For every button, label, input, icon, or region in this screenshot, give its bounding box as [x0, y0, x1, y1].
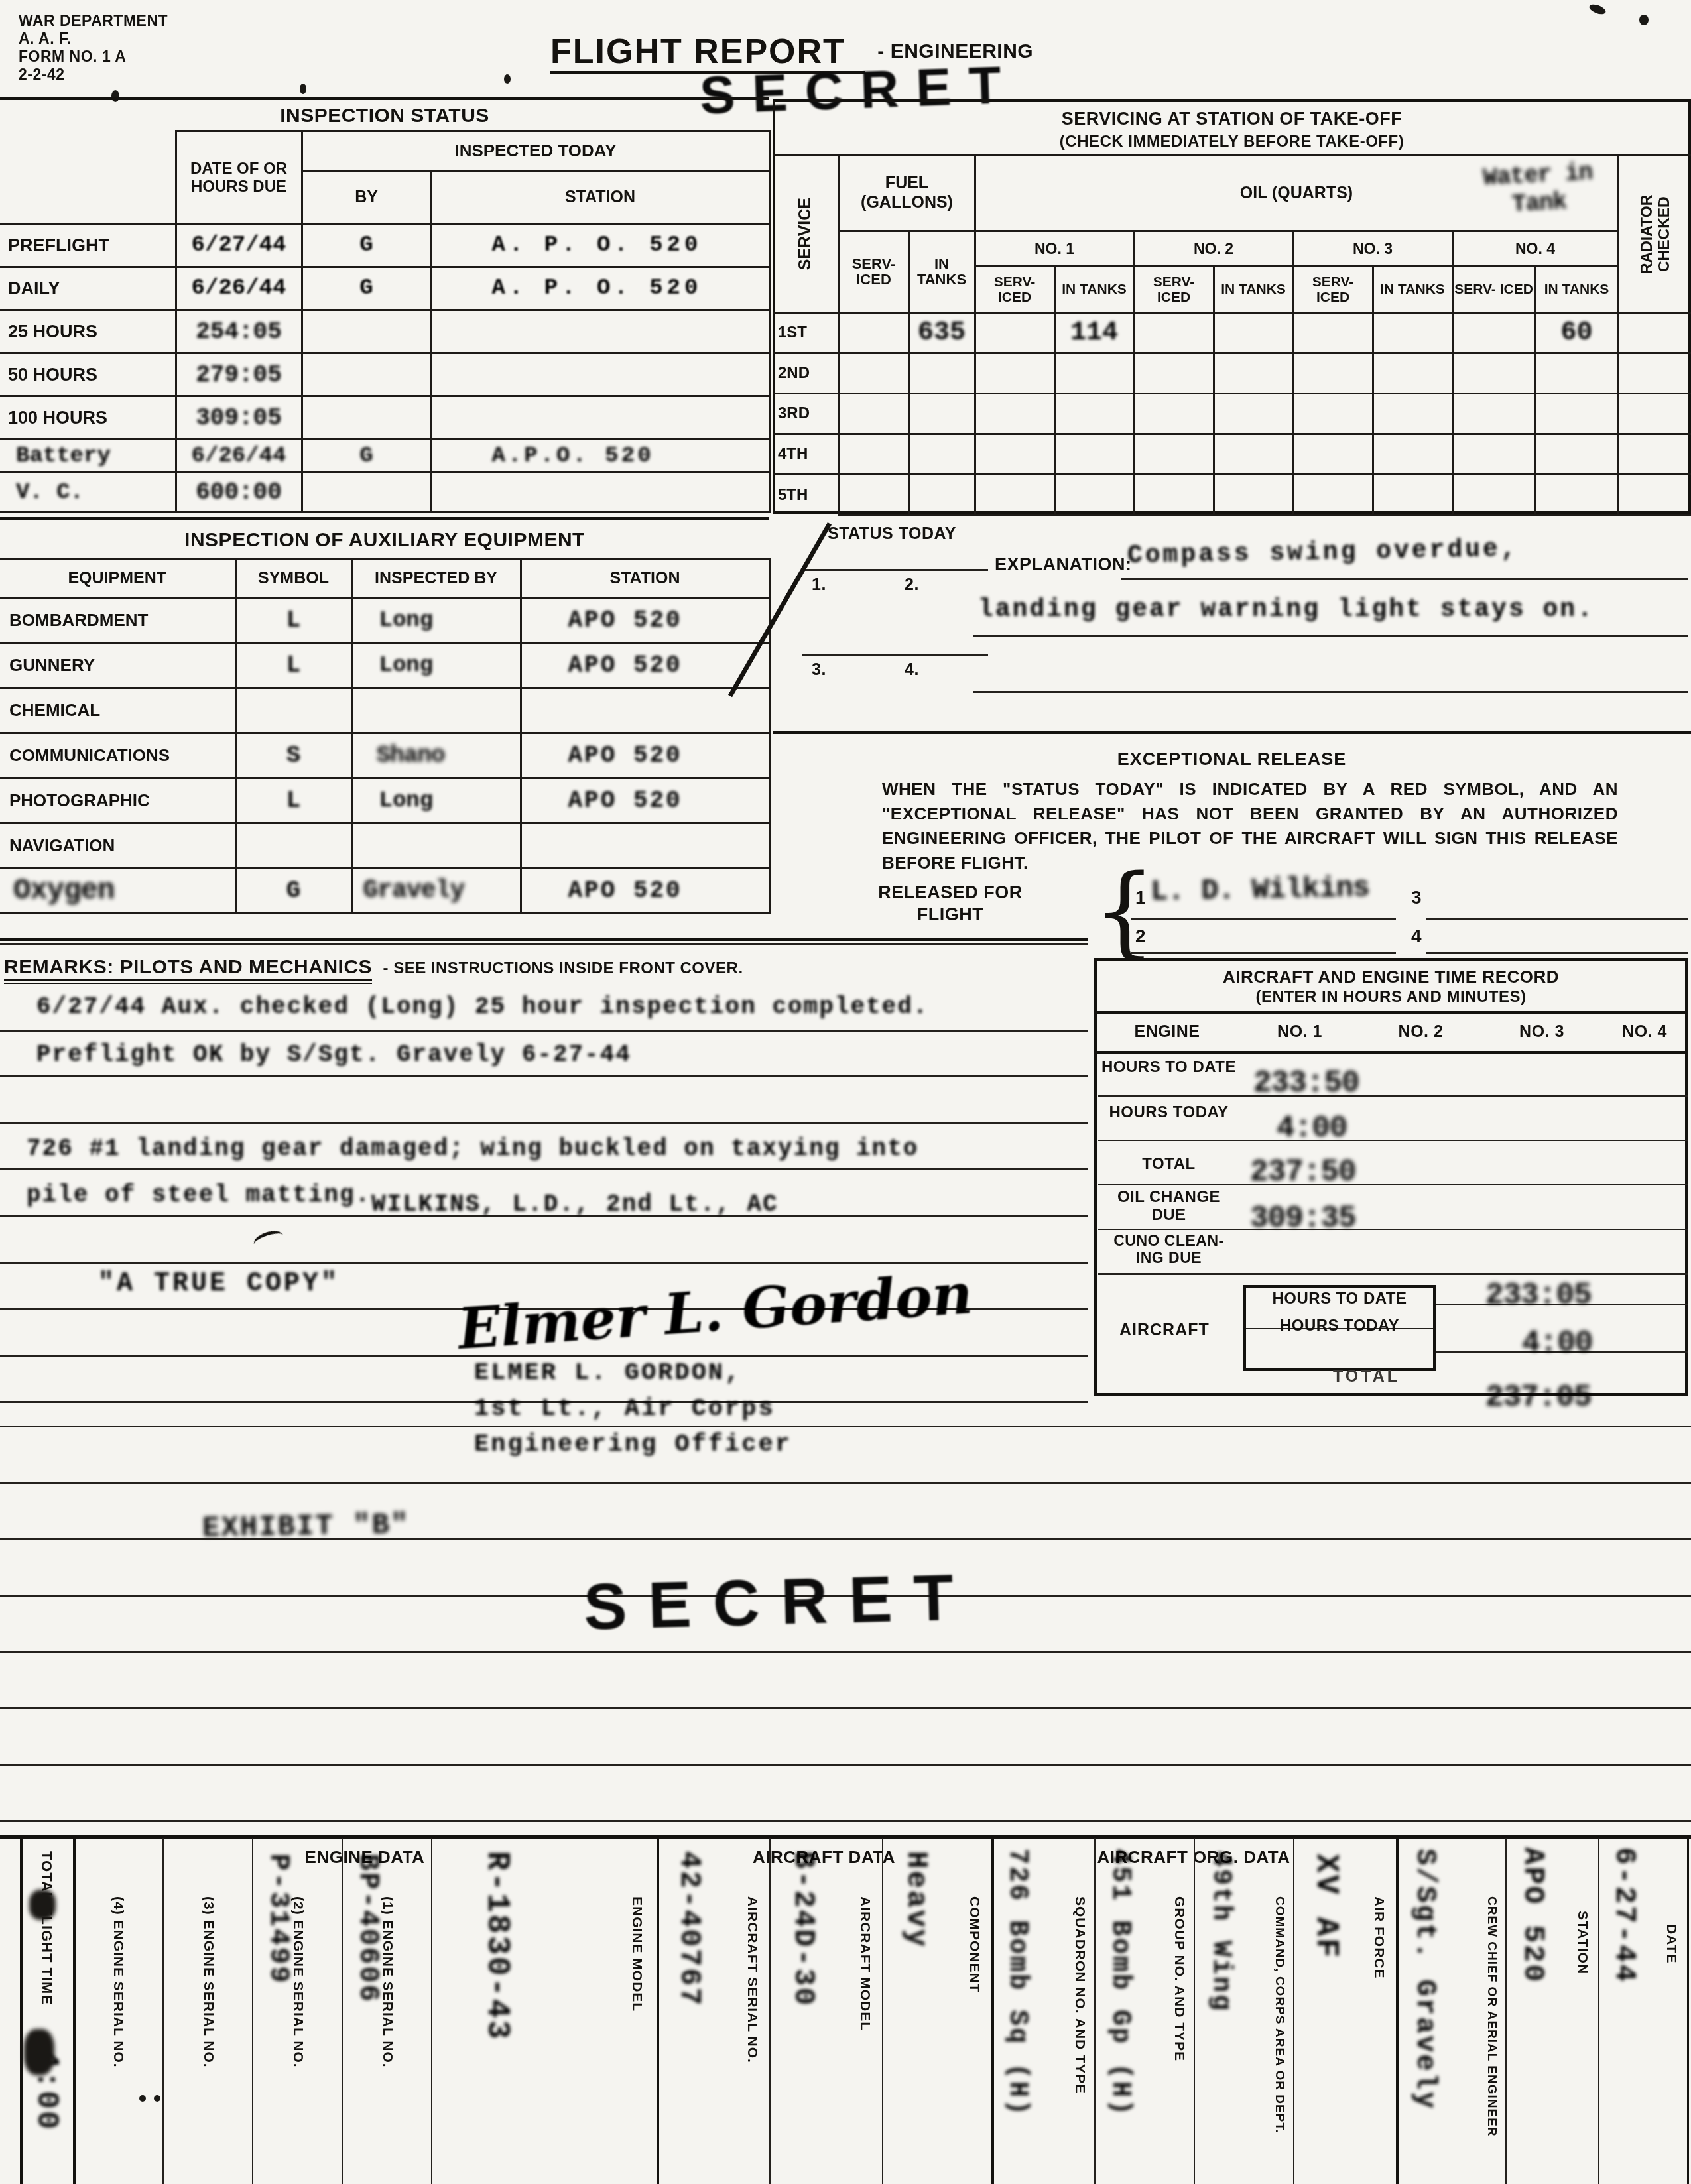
total-flight-time-label: TOTAL FLIGHT TIME — [38, 1851, 55, 2050]
fuel-header: FUEL (GALLONS) — [839, 155, 975, 231]
time-record-subtitle: (ENTER IN HOURS AND MINUTES) — [1094, 988, 1688, 1006]
cell — [975, 313, 1054, 353]
row-label: 100 HOURS — [0, 396, 176, 440]
by-value — [302, 396, 431, 440]
equipment-label: CHEMICAL — [0, 688, 235, 733]
component-label: COMPONENT — [966, 1896, 982, 2161]
cell — [975, 353, 1054, 394]
equipment-label: COMMUNICATIONS — [0, 733, 235, 778]
band-separator — [1687, 1839, 1689, 2184]
remarks-title: REMARKS: PILOTS AND MECHANICS — [4, 956, 372, 984]
engine-model-column: ENGINE MODEL R-1830-43 — [431, 1838, 657, 2184]
inspection-status-title: INSPECTION STATUS — [0, 105, 769, 127]
radiator-value — [1618, 434, 1691, 475]
col-header-due: DATE OF OR HOURS DUE — [176, 131, 302, 224]
engine-hours-to-date: 233:50 — [1253, 1066, 1359, 1101]
station-value: A. P. O. 520 — [431, 224, 769, 267]
quadrant-1: 1. — [812, 576, 826, 595]
cell — [975, 434, 1054, 475]
ruled-line — [0, 1168, 1088, 1170]
station-label: STATION — [1574, 1911, 1590, 2163]
ink-speck — [154, 2095, 160, 2102]
release-slot-2: 2 — [1135, 926, 1146, 947]
engine-serial-4-column: (4) ENGINE SERIAL NO. — [73, 1838, 162, 2184]
row-label: 50 HOURS — [0, 353, 176, 396]
row-line — [1098, 1184, 1688, 1185]
write-line — [973, 635, 1688, 637]
command-column: COMMAND, CORPS AREA OR DEPT. 49th Wing — [1194, 1838, 1293, 2184]
inspected-by-value: Long — [351, 643, 521, 688]
quadrant-3: 3. — [812, 660, 826, 680]
cell — [839, 353, 908, 394]
by-value — [302, 310, 431, 353]
cell — [1293, 313, 1373, 353]
air-force-label: AIR FORCE — [1371, 1896, 1387, 2161]
water-in-tank-stamp: Water in Tank — [1458, 158, 1619, 221]
equipment-label: PHOTOGRAPHIC — [0, 778, 235, 823]
serviced-header: SERV- ICED — [1452, 267, 1535, 313]
engine-serial-1-column: (1) ENGINE SERIAL NO. BP-40606 — [342, 1838, 431, 2184]
ink-blob — [29, 1890, 56, 1920]
by-value: G — [302, 440, 431, 473]
remarks-entry-1: 6/27/44 Aux. checked (Long) 25 hour insp… — [36, 993, 928, 1020]
exceptional-release-body: WHEN THE "STATUS TODAY" IS INDICATED BY … — [882, 777, 1618, 875]
row-line — [1098, 1273, 1688, 1275]
grid-line — [802, 654, 988, 656]
cell — [908, 434, 975, 475]
oil-no4-header: NO. 4 — [1452, 231, 1618, 267]
remarks-entry-2: Preflight OK by S/Sgt. Gravely 6-27-44 — [36, 1041, 631, 1068]
divider — [0, 97, 769, 100]
row-label-stamped: V. C. — [0, 473, 176, 513]
intanks-header: IN TANKS — [1373, 267, 1452, 313]
service-col: SERVICE — [773, 155, 839, 313]
ink-speck — [1639, 15, 1649, 25]
cell — [1373, 353, 1452, 394]
station-value: APO 520 — [521, 733, 769, 778]
col-header-by: BY — [302, 171, 431, 224]
cell — [1134, 353, 1214, 394]
release-slot-1: 1 — [1135, 887, 1146, 908]
officer-name-typed: ELMER L. GORDON, — [474, 1359, 741, 1387]
station-column: STATION APO 520 — [1505, 1838, 1598, 2184]
inspected-by-value — [351, 823, 521, 869]
cell — [1134, 313, 1214, 353]
ruled-line — [0, 1707, 1691, 1709]
row-label: 25 HOURS — [0, 310, 176, 353]
col-header-inspected-by: INSPECTED BY — [351, 560, 521, 598]
write-line — [1131, 952, 1396, 954]
intanks-header: IN TANKS — [1054, 267, 1134, 313]
by-value: G — [302, 224, 431, 267]
tr-row-label: TOTAL — [1101, 1155, 1237, 1174]
servicing-subtitle: (CHECK IMMEDIATELY BEFORE TAKE-OFF) — [773, 133, 1691, 151]
divider — [1094, 1051, 1688, 1054]
engine-serial-2-value: P-31499 — [263, 1854, 294, 1984]
component-value: Heavy — [899, 1851, 932, 1949]
crew-chief-value: S/Sgt. Gravely — [1409, 1849, 1441, 2110]
status-today-title: STATUS TODAY — [826, 524, 958, 544]
cell — [1054, 434, 1134, 475]
engine-serial-4-label: (4) ENGINE SERIAL NO. — [110, 1896, 126, 2161]
station-value — [431, 396, 769, 440]
write-line — [1131, 918, 1396, 920]
officer-rank-typed: 1st Lt., Air Corps — [474, 1395, 775, 1423]
radiator-col-label: RADIATOR CHECKED — [1638, 161, 1672, 307]
cell — [1214, 353, 1293, 394]
service-row-label: 5TH — [773, 475, 839, 515]
group-value: 451 Bomb Gp (H) — [1105, 1849, 1135, 2117]
aircraft-serial-value: 42-40767 — [672, 1851, 706, 2007]
service-row-label: 4TH — [773, 434, 839, 475]
squadron-label: SQUADRON NO. AND TYPE — [1072, 1896, 1088, 2161]
aircraft-hours-cell: HOURS TO DATE HOURS TODAY — [1243, 1285, 1436, 1371]
cell — [1535, 353, 1618, 394]
time-record-title: AIRCRAFT AND ENGINE TIME RECORD — [1094, 967, 1688, 987]
remarks-note: - SEE INSTRUCTIONS INSIDE FRONT COVER. — [383, 959, 743, 977]
no4-col-header: NO. 4 — [1601, 1022, 1688, 1042]
symbol-value: L — [235, 778, 351, 823]
col-header-inspected-today: INSPECTED TODAY — [302, 131, 769, 171]
inspected-by-value — [351, 688, 521, 733]
grid-line — [802, 569, 988, 729]
station-value — [431, 473, 769, 513]
cell — [1452, 353, 1535, 394]
no2-col-header: NO. 2 — [1359, 1022, 1482, 1042]
cell — [1214, 394, 1293, 434]
ruled-line — [0, 1764, 1691, 1766]
cell — [1535, 434, 1618, 475]
cell — [1373, 394, 1452, 434]
release-slot-4: 4 — [1411, 926, 1422, 947]
symbol-value — [235, 823, 351, 869]
fuel-serviced-header: SERV- ICED — [839, 231, 908, 313]
status-today-grid: 1. 2. 3. 4. — [802, 569, 988, 729]
cell — [1535, 475, 1618, 515]
intanks-header: IN TANKS — [1214, 267, 1293, 313]
row-label: PREFLIGHT — [0, 224, 176, 267]
write-line — [1121, 578, 1688, 580]
due-value: 6/26/44 — [176, 440, 302, 473]
ruled-line — [0, 1482, 1691, 1484]
radiator-value — [1618, 394, 1691, 434]
cell — [908, 475, 975, 515]
due-value: 254:05 — [176, 310, 302, 353]
release-signature-1: L. D. Wilkins — [1151, 872, 1370, 909]
cell — [1134, 394, 1214, 434]
write-line — [1426, 918, 1688, 920]
date-label: DATE — [1663, 1924, 1679, 2163]
station-value: A. P. O. 520 — [431, 267, 769, 310]
service-row-label: 1ST — [773, 313, 839, 353]
cell — [1134, 434, 1214, 475]
due-value: 6/26/44 — [176, 267, 302, 310]
group-label: GROUP NO. AND TYPE — [1171, 1896, 1187, 2161]
due-value: 600:00 — [176, 473, 302, 513]
exhibit-stamp: EXHIBIT "B" — [202, 1508, 410, 1545]
equipment-label: BOMBARDMENT — [0, 598, 235, 643]
engine-serial-3-label: (3) ENGINE SERIAL NO. — [200, 1896, 216, 2161]
service-row-label: 3RD — [773, 394, 839, 434]
remarks-entry-4: pile of steel matting. — [27, 1182, 371, 1209]
aircraft-model-column: AIRCRAFT MODEL B-24D-30 — [769, 1838, 882, 2184]
cell — [839, 313, 908, 353]
spacer-cell — [0, 131, 176, 224]
cell — [1293, 394, 1373, 434]
divider — [0, 943, 1088, 945]
aircraft-hours-today: 4:00 — [1522, 1326, 1592, 1361]
officer-title-typed: Engineering Officer — [474, 1431, 792, 1459]
by-value — [302, 473, 431, 513]
auxiliary-title: INSPECTION OF AUXILIARY EQUIPMENT — [0, 529, 769, 552]
write-line — [1426, 952, 1688, 954]
ruled-line — [0, 1820, 1691, 1822]
cell — [1054, 475, 1134, 515]
col-header-station: STATION — [431, 171, 769, 224]
explanation-label: EXPLANATION: — [995, 554, 1132, 575]
pilot-signature-typed: WILKINS, L.D., 2nd Lt., AC — [371, 1191, 779, 1218]
flight-report-scan: WAR DEPARTMENT A. A. F. FORM NO. 1 A 2-2… — [0, 0, 1691, 2184]
no3-col-header: NO. 3 — [1482, 1022, 1601, 1042]
component-column: COMPONENT Heavy — [882, 1838, 991, 2184]
aircraft-to-date-label: HOURS TO DATE — [1246, 1290, 1433, 1307]
cell — [839, 394, 908, 434]
oil4-intanks-value: 60 — [1535, 313, 1618, 353]
ruled-line — [0, 1030, 1088, 1032]
tr-row-label: CUNO CLEAN- ING DUE — [1101, 1232, 1237, 1266]
crew-chief-label: CREW CHIEF OR AERIAL ENGINEER — [1484, 1896, 1499, 2161]
write-line — [973, 691, 1688, 693]
oil-no2-header: NO. 2 — [1134, 231, 1293, 267]
divider — [773, 731, 1691, 734]
engine-hours-today: 4:00 — [1277, 1111, 1347, 1146]
symbol-value: L — [235, 643, 351, 688]
oil-change-due: 309:35 — [1250, 1201, 1356, 1236]
cell — [1452, 313, 1535, 353]
aircraft-hours-to-date: 233:05 — [1485, 1278, 1592, 1313]
cell — [1293, 434, 1373, 475]
quadrant-4: 4. — [905, 660, 919, 680]
ruled-line — [0, 1651, 1691, 1653]
inspected-by-value: Shano — [351, 733, 521, 778]
service-col-label: SERVICE — [796, 198, 815, 270]
serviced-header: SERV- ICED — [1293, 267, 1373, 313]
form-number: FORM NO. 1 A — [19, 48, 168, 66]
servicing-title: SERVICING AT STATION OF TAKE-OFF — [773, 109, 1691, 129]
cell — [1452, 394, 1535, 434]
group-column: GROUP NO. AND TYPE 451 Bomb Gp (H) — [1094, 1838, 1194, 2184]
exceptional-release-title: EXCEPTIONAL RELEASE — [773, 749, 1691, 770]
cell — [839, 434, 908, 475]
cell — [1535, 394, 1618, 434]
fuel-intanks-value: 635 — [908, 313, 975, 353]
secret-stamp-bottom: SECRET — [583, 1559, 975, 1644]
divider — [0, 938, 1088, 941]
oil-no3-header: NO. 3 — [1293, 231, 1452, 267]
due-value: 309:05 — [176, 396, 302, 440]
equipment-label: GUNNERY — [0, 643, 235, 688]
divider — [0, 517, 769, 520]
radiator-value — [1618, 353, 1691, 394]
by-value: G — [302, 267, 431, 310]
quadrant-2: 2. — [905, 576, 919, 595]
engine-serial-1-value: BP-40606 — [352, 1854, 384, 2004]
symbol-value — [235, 688, 351, 733]
col-header-station: STATION — [521, 560, 769, 598]
equipment-label-stamped: Oxygen — [0, 869, 235, 914]
station-value: APO 520 — [521, 778, 769, 823]
cell — [975, 475, 1054, 515]
col-header-symbol: SYMBOL — [235, 560, 351, 598]
cell — [1214, 313, 1293, 353]
equipment-label: NAVIGATION — [0, 823, 235, 869]
engine-col-header: ENGINE — [1101, 1022, 1233, 1042]
row-line — [1098, 1229, 1688, 1230]
cell — [1452, 475, 1535, 515]
symbol-value: S — [235, 733, 351, 778]
station-value — [431, 310, 769, 353]
inspected-by-value: Gravely — [351, 869, 521, 914]
command-label: COMMAND, CORPS AREA OR DEPT. — [1272, 1896, 1286, 2161]
aircraft-model-value: B-24D-30 — [786, 1851, 820, 2007]
engine-model-value: R-1830-43 — [479, 1851, 515, 2041]
squadron-value: 726 Bomb Sq (H) — [1002, 1849, 1032, 2117]
cell — [975, 394, 1054, 434]
station-value: APO 520 — [521, 869, 769, 914]
form-id-block: WAR DEPARTMENT A. A. F. FORM NO. 1 A 2-2… — [19, 12, 168, 84]
fuel-intanks-header: IN TANKS — [908, 231, 975, 313]
ruled-line — [0, 1426, 1691, 1427]
symbol-value: G — [235, 869, 351, 914]
row-label: DAILY — [0, 267, 176, 310]
release-slot-3: 3 — [1411, 887, 1422, 908]
engine-serial-3-column: (3) ENGINE SERIAL NO. — [162, 1838, 252, 2184]
station-value: APO 520 — [521, 598, 769, 643]
aircraft-row-label: AIRCRAFT — [1119, 1321, 1210, 1340]
service-row-label: 2ND — [773, 353, 839, 394]
row-label-stamped: Battery — [0, 440, 176, 473]
aircraft-total: 237:05 — [1485, 1380, 1592, 1415]
cell — [1373, 475, 1452, 515]
cell — [1214, 434, 1293, 475]
engine-model-label: ENGINE MODEL — [629, 1896, 645, 2161]
ink-speck — [139, 2095, 146, 2102]
inspected-by-value: Long — [351, 778, 521, 823]
row-line — [1098, 1140, 1688, 1141]
air-force-column: AIR FORCE XV AF — [1293, 1838, 1396, 2184]
cell — [839, 475, 908, 515]
form-agency: WAR DEPARTMENT — [19, 12, 168, 30]
ruled-line — [0, 1075, 1088, 1077]
divider — [1094, 1011, 1688, 1014]
due-value: 6/27/44 — [176, 224, 302, 267]
symbol-value: L — [235, 598, 351, 643]
oil1-intanks-value: 114 — [1054, 313, 1134, 353]
aircraft-serial-column: AIRCRAFT SERIAL NO. 42-40767 — [657, 1838, 769, 2184]
station-value: A.P.O. 520 — [431, 440, 769, 473]
crew-chief-column: CREW CHIEF OR AERIAL ENGINEER S/Sgt. Gra… — [1396, 1838, 1505, 2184]
col-header-equipment: EQUIPMENT — [0, 560, 235, 598]
pen-mark — [251, 1227, 285, 1252]
cell — [1373, 434, 1452, 475]
ruled-line — [0, 1122, 1088, 1124]
due-value: 279:05 — [176, 353, 302, 396]
form-revision: 2-2-42 — [19, 66, 168, 84]
radiator-col: RADIATOR CHECKED — [1618, 155, 1691, 313]
cell — [1373, 313, 1452, 353]
cell — [1054, 394, 1134, 434]
aircraft-serial-label: AIRCRAFT SERIAL NO. — [744, 1896, 760, 2161]
date-column: DATE 6-27-44 — [1598, 1838, 1687, 2184]
by-value — [302, 353, 431, 396]
engine-total: 237:50 — [1250, 1155, 1356, 1189]
squadron-column: SQUADRON NO. AND TYPE 726 Bomb Sq (H) — [991, 1838, 1094, 2184]
command-value: 49th Wing — [1206, 1851, 1235, 2012]
ink-speck — [111, 90, 119, 102]
ink-speck — [504, 74, 511, 84]
serviced-header: SERV- ICED — [1134, 267, 1214, 313]
radiator-value — [1618, 475, 1691, 515]
cell — [908, 394, 975, 434]
explanation-line2: landing gear warning light stays on. — [978, 595, 1594, 624]
released-for-flight-label: RELEASED FOR FLIGHT — [874, 882, 1027, 926]
tr-row-label: HOURS TO DATE — [1101, 1058, 1237, 1076]
aircraft-total-label: TOTAL — [1333, 1367, 1400, 1386]
station-value — [431, 353, 769, 396]
aircraft-today-label: HOURS TODAY — [1246, 1317, 1433, 1335]
true-copy-stamp: "A TRUE COPY" — [98, 1269, 340, 1299]
ink-speck — [300, 84, 306, 94]
tr-row-label: OIL CHANGE DUE — [1101, 1188, 1237, 1224]
radiator-value — [1618, 313, 1691, 353]
cell — [1452, 434, 1535, 475]
row-line — [1098, 1095, 1688, 1097]
officer-signature-script: Elmer L. Gordon — [456, 1260, 974, 1362]
tr-row-label: HOURS TODAY — [1101, 1103, 1237, 1121]
oil-no1-header: NO. 1 — [975, 231, 1134, 267]
station-value — [521, 823, 769, 869]
remarks-header: REMARKS: PILOTS AND MECHANICS - SEE INST… — [4, 956, 743, 979]
cell — [908, 353, 975, 394]
remarks-entry-3: 726 #1 landing gear damaged; wing buckle… — [27, 1135, 918, 1162]
intanks-header: IN TANKS — [1535, 267, 1618, 313]
inspected-by-value: Long — [351, 598, 521, 643]
cell — [1134, 475, 1214, 515]
engine-serial-2-column: (2) ENGINE SERIAL NO. P-31499 — [252, 1838, 342, 2184]
date-value: 6-27-44 — [1607, 1847, 1641, 1984]
no1-col-header: NO. 1 — [1240, 1022, 1359, 1042]
ink-blob — [24, 2029, 54, 2075]
air-force-value: XV AF — [1308, 1854, 1344, 1959]
station-value: APO 520 — [1516, 1847, 1549, 1984]
cell — [1214, 475, 1293, 515]
cell — [1054, 353, 1134, 394]
form-branch: A. A. F. — [19, 30, 168, 48]
cell — [1293, 475, 1373, 515]
station-value: APO 520 — [521, 643, 769, 688]
aircraft-model-label: AIRCRAFT MODEL — [857, 1896, 873, 2161]
grid-line — [802, 569, 988, 571]
serviced-header: SERV- ICED — [975, 267, 1054, 313]
cell — [1293, 353, 1373, 394]
